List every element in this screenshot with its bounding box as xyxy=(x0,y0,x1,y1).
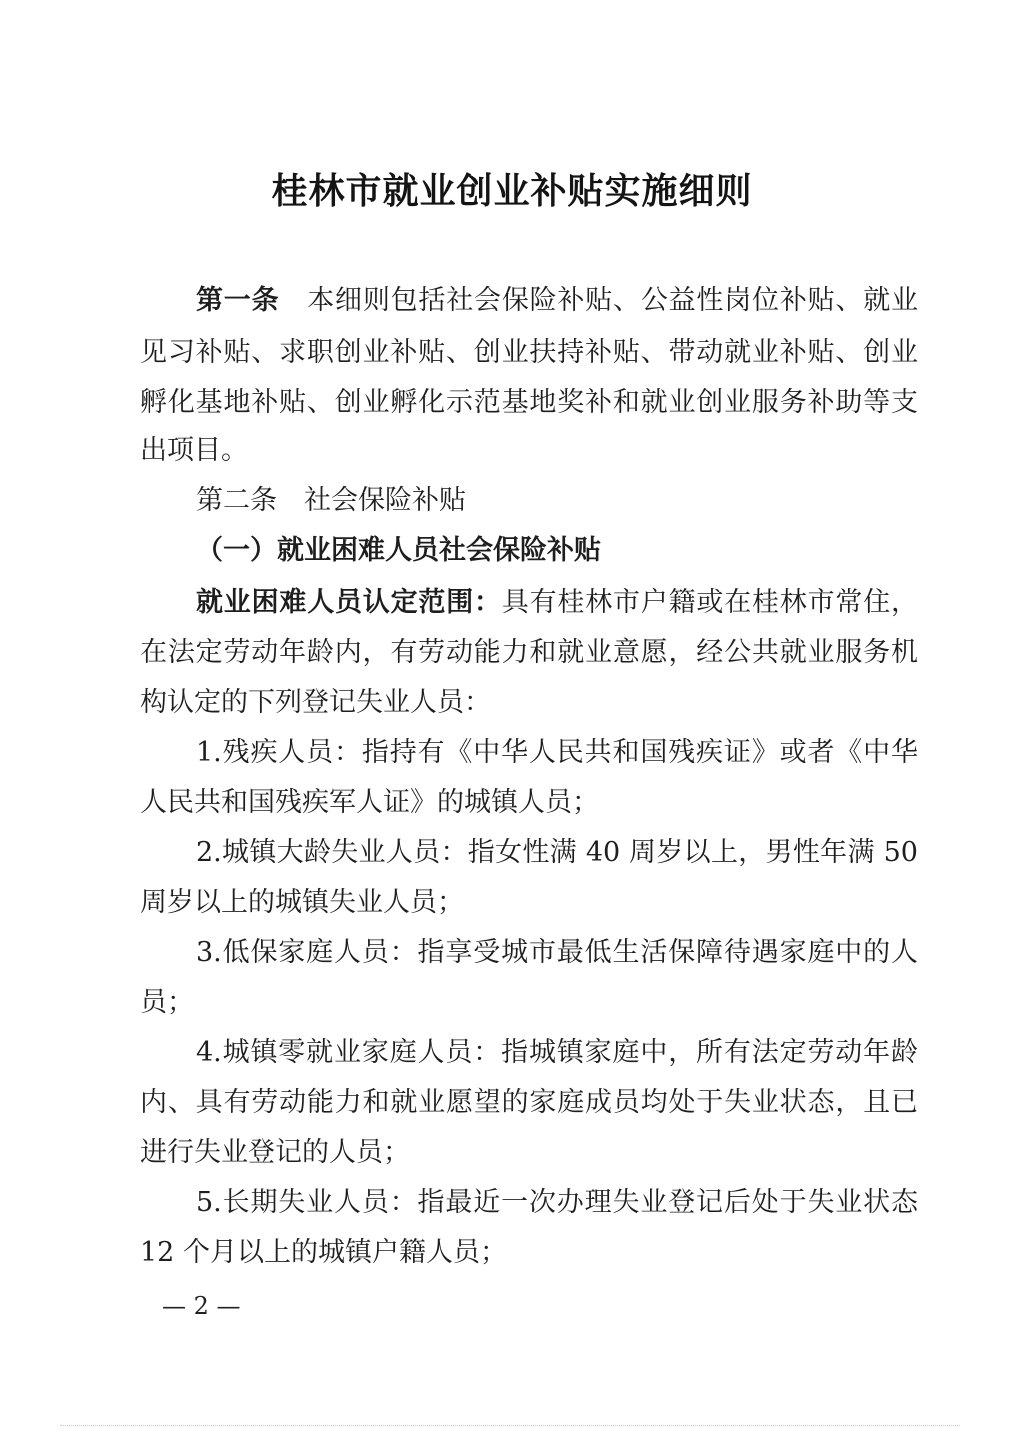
item-1-line-2: 人民共和国残疾军人证》的城镇人员； xyxy=(140,780,599,819)
article-1-line-3: 孵化基地补贴、创业孵化示范基地奖补和就业创业服务补助等支 xyxy=(140,380,918,419)
item-1-line-1: 1.残疾人员：指持有《中华人民共和国残疾证》或者《中华 xyxy=(196,730,918,769)
item-5-line-2: 12 个月以上的城镇户籍人员； xyxy=(140,1230,507,1269)
item-5-line-1: 5.长期失业人员：指最近一次办理失业登记后处于失业状态 xyxy=(196,1180,918,1219)
scope-line-1: 就业困难人员认定范围：具有桂林市户籍或在桂林市常住， xyxy=(196,580,918,619)
item-3-line-1: 3.低保家庭人员：指享受城市最低生活保障待遇家庭中的人 xyxy=(196,930,918,969)
article-1-line-4: 出项目。 xyxy=(140,428,248,467)
page-number: — 2 — xyxy=(162,1292,241,1320)
item-4-line-3: 进行失业登记的人员； xyxy=(140,1130,410,1169)
scope-line-3: 构认定的下列登记失业人员： xyxy=(140,680,491,719)
article-1-line-1: 第一条 本细则包括社会保险补贴、公益性岗位补贴、就业 xyxy=(196,278,918,317)
item-3-line-2: 员； xyxy=(140,980,194,1019)
section-1-heading: （一）就业困难人员社会保险补贴 xyxy=(196,528,601,567)
item-2-line-2: 周岁以上的城镇失业人员； xyxy=(140,880,464,919)
article-1-heading: 第一条 xyxy=(196,285,279,316)
document-title: 桂林市就业创业补贴实施细则 xyxy=(0,163,1024,214)
item-2-line-1: 2.城镇大龄失业人员：指女性满 40 周岁以上，男性年满 50 xyxy=(196,830,918,869)
item-4-line-1: 4.城镇零就业家庭人员：指城镇家庭中，所有法定劳动年龄 xyxy=(196,1030,918,1069)
scope-line-2: 在法定劳动年龄内，有劳动能力和就业意愿，经公共就业服务机 xyxy=(140,630,918,669)
scan-artifact-line xyxy=(60,1425,960,1427)
item-4-line-2: 内、具有劳动能力和就业愿望的家庭成员均处于失业状态，且已 xyxy=(140,1080,918,1119)
article-2-heading: 第二条 社会保险补贴 xyxy=(196,478,466,517)
scope-label: 就业困难人员认定范围： xyxy=(196,587,502,618)
article-1-line-2: 见习补贴、求职创业补贴、创业扶持补贴、带动就业补贴、创业 xyxy=(140,330,918,369)
